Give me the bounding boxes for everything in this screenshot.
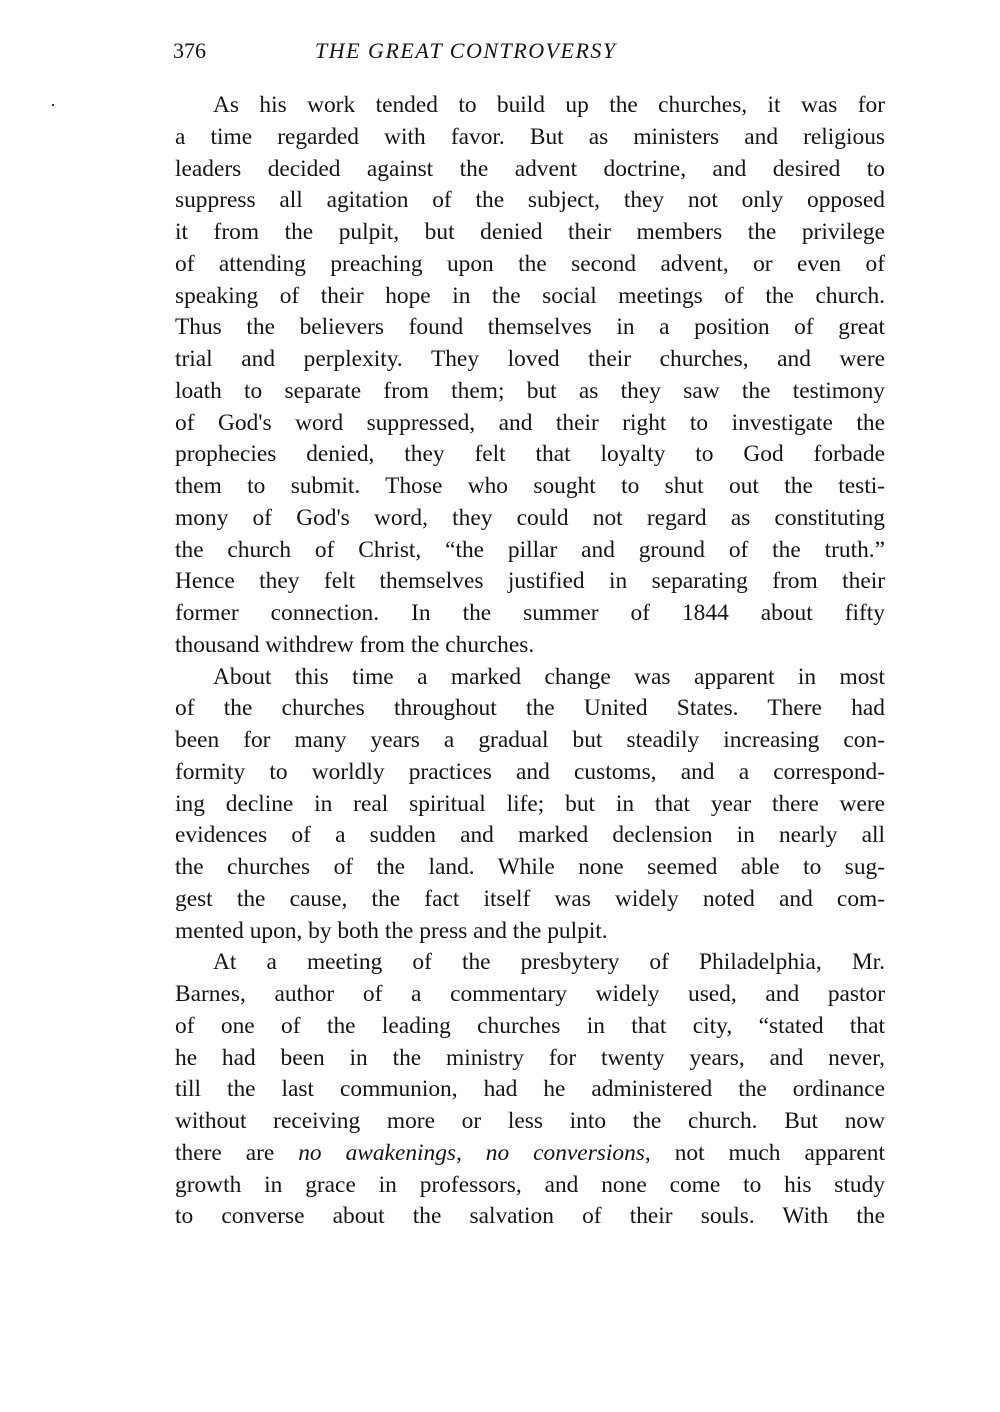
text-line: thousand withdrew from the churches.: [175, 630, 885, 662]
running-head: 376 THE GREAT CONTROVERSY: [173, 38, 886, 68]
text-line: of attending preaching upon the second a…: [175, 249, 885, 281]
paragraph-3: At a meeting of the presbytery of Philad…: [175, 947, 885, 1233]
running-title: THE GREAT CONTROVERSY: [315, 38, 617, 64]
book-page: 376 THE GREAT CONTROVERSY As his work te…: [0, 0, 1000, 1412]
text-line: At a meeting of the presbytery of Philad…: [175, 947, 885, 979]
text-line-with-emphasis: there are no awakenings, no conversions,…: [175, 1138, 885, 1170]
text-segment: , not much apparent: [645, 1140, 885, 1166]
text-line: of the churches throughout the United St…: [175, 693, 885, 725]
text-line: former connection. In the summer of 1844…: [175, 598, 885, 630]
text-line: growth in grace in professors, and none …: [175, 1170, 885, 1202]
text-line: ing decline in real spiritual life; but …: [175, 789, 885, 821]
text-line: the churches of the land. While none see…: [175, 852, 885, 884]
text-line: gest the cause, the fact itself was wide…: [175, 884, 885, 916]
text-line: evidences of a sudden and marked declens…: [175, 820, 885, 852]
emphasized-text: no awakenings, no conversions: [298, 1140, 645, 1166]
text-line: speaking of their hope in the social mee…: [175, 281, 885, 313]
text-line: he had been in the ministry for twenty y…: [175, 1043, 885, 1075]
text-line: till the last communion, had he administ…: [175, 1074, 885, 1106]
text-line: been for many years a gradual but steadi…: [175, 725, 885, 757]
text-line: leaders decided against the advent doctr…: [175, 154, 885, 186]
text-line: mony of God's word, they could not regar…: [175, 503, 885, 535]
text-line: them to submit. Those who sought to shut…: [175, 471, 885, 503]
text-line: About this time a marked change was appa…: [175, 662, 885, 694]
text-line: Hence they felt themselves justified in …: [175, 566, 885, 598]
paragraph-2: About this time a marked change was appa…: [175, 662, 885, 948]
text-line: Thus the believers found themselves in a…: [175, 312, 885, 344]
page-number: 376: [173, 38, 206, 64]
text-line: a time regarded with favor. But as minis…: [175, 122, 885, 154]
text-line: As his work tended to build up the churc…: [175, 90, 885, 122]
text-line: without receiving more or less into the …: [175, 1106, 885, 1138]
text-line: the church of Christ, “the pillar and gr…: [175, 535, 885, 567]
paragraph-1: As his work tended to build up the churc…: [175, 90, 885, 662]
body-text: As his work tended to build up the churc…: [175, 90, 885, 1233]
text-line: prophecies denied, they felt that loyalt…: [175, 439, 885, 471]
text-line: trial and perplexity. They loved their c…: [175, 344, 885, 376]
text-line: mented upon, by both the press and the p…: [175, 916, 885, 948]
text-segment: there are: [175, 1140, 298, 1166]
text-line: suppress all agitation of the subject, t…: [175, 185, 885, 217]
text-line: to converse about the salvation of their…: [175, 1201, 885, 1233]
scan-speck: [52, 104, 54, 106]
text-line: loath to separate from them; but as they…: [175, 376, 885, 408]
text-line: formity to worldly practices and customs…: [175, 757, 885, 789]
text-line: it from the pulpit, but denied their mem…: [175, 217, 885, 249]
text-line: Barnes, author of a commentary widely us…: [175, 979, 885, 1011]
text-line: of one of the leading churches in that c…: [175, 1011, 885, 1043]
text-line: of God's word suppressed, and their righ…: [175, 408, 885, 440]
